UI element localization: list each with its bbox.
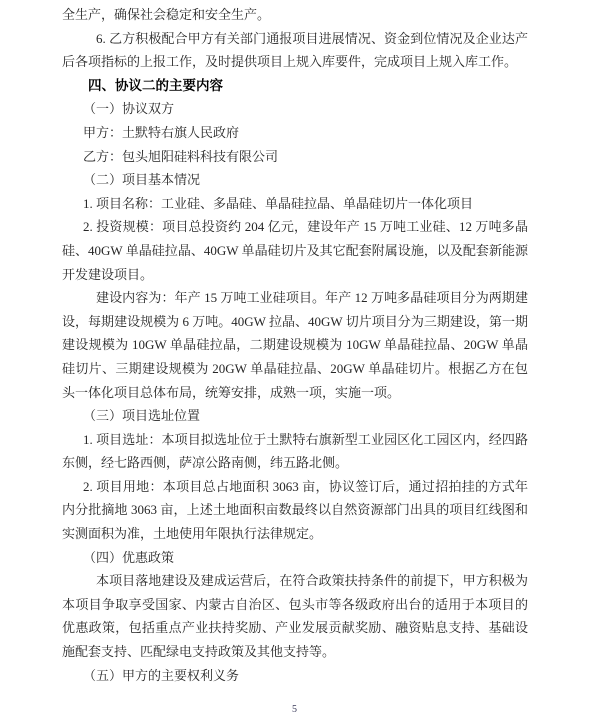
- paragraph: 甲方：土默特右旗人民政府: [62, 121, 528, 145]
- document-body: 全生产，确保社会稳定和安全生产。6. 乙方积极配合甲方有关部门通报项目进展情况、…: [62, 3, 528, 687]
- section-heading: 四、协议二的主要内容: [62, 74, 528, 98]
- page-number: 5: [0, 704, 589, 716]
- paragraph: 6. 乙方积极配合甲方有关部门通报项目进展情况、资金到位情况及企业达产后各项指标…: [62, 27, 528, 74]
- paragraph: （一）协议双方: [62, 97, 528, 121]
- paragraph: （四）优惠政策: [62, 546, 528, 570]
- paragraph: （五）甲方的主要权利义务: [62, 664, 528, 688]
- paragraph: 全生产，确保社会稳定和安全生产。: [62, 3, 528, 27]
- document-page: 全生产，确保社会稳定和安全生产。6. 乙方积极配合甲方有关部门通报项目进展情况、…: [0, 0, 589, 721]
- paragraph: 1. 项目选址：本项目拟选址位于土默特右旗新型工业园区化工园区内，经四路东侧，经…: [62, 428, 528, 475]
- paragraph: 本项目落地建设及建成运营后，在符合政策扶持条件的前提下，甲方积极为本项目争取享受…: [62, 569, 528, 663]
- paragraph: 1. 项目名称：工业硅、多晶硅、单晶硅拉晶、单晶硅切片一体化项目: [62, 192, 528, 216]
- paragraph: 2. 投资规模：项目总投资约 204 亿元，建设年产 15 万吨工业硅、12 万…: [62, 215, 528, 286]
- paragraph: 乙方：包头旭阳硅料科技有限公司: [62, 145, 528, 169]
- paragraph: （三）项目选址位置: [62, 404, 528, 428]
- paragraph: 2. 项目用地：本项目总占地面积 3063 亩，协议签订后，通过招拍挂的方式年内…: [62, 475, 528, 546]
- paragraph: 建设内容为：年产 15 万吨工业硅项目。年产 12 万吨多晶硅项目分为两期建设，…: [62, 286, 528, 404]
- paragraph: （二）项目基本情况: [62, 168, 528, 192]
